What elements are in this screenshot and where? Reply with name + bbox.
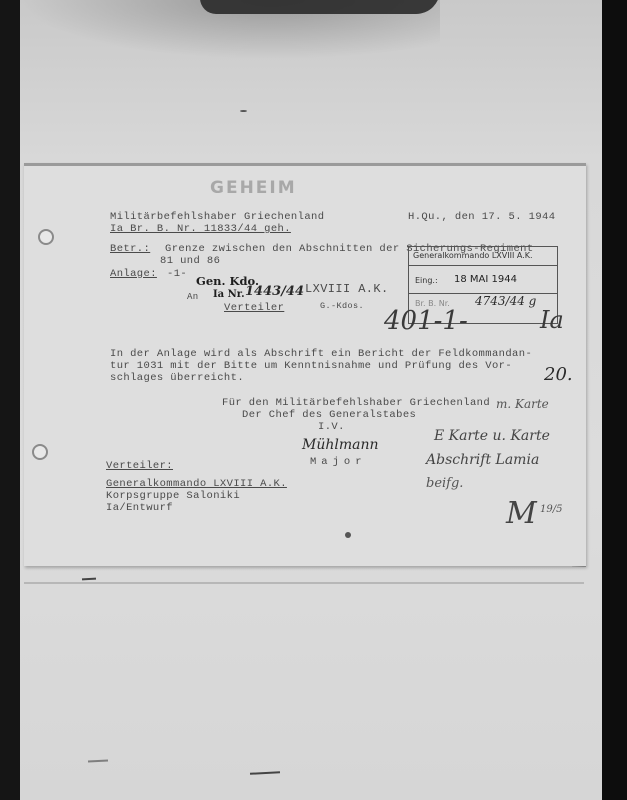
signature-line2: Der Chef des Generalstabes <box>242 409 416 421</box>
punch-hole-icon <box>38 229 54 245</box>
signature-line1: Für den Militärbefehlshaber Griechenland <box>222 397 490 409</box>
subject-line2: 81 und 86 <box>160 255 220 267</box>
ia-nr-label: Ia Nr. <box>213 289 245 300</box>
distribution-item: Ia/Entwurf <box>106 502 173 514</box>
sender-line1: Militärbefehlshaber Griechenland <box>110 211 324 223</box>
punch-hole-icon <box>32 444 48 460</box>
handwritten-note-top: m. Karte <box>496 397 549 411</box>
body-line1: In der Anlage wird als Abschrift ein Ber… <box>110 348 532 360</box>
signature-line3: I.V. <box>318 421 345 433</box>
attachment-label: Anlage: <box>110 268 157 280</box>
handwritten-date: 19/5 <box>540 504 562 515</box>
corps-stamp: LXVIII A.K. <box>305 283 389 295</box>
receipt-number-value: 4743/44 g <box>475 294 536 308</box>
film-border-right <box>602 0 627 800</box>
handwritten-note-line1: E Karte u. Karte <box>434 428 550 444</box>
ink-speck <box>240 110 247 112</box>
an-label: An <box>187 291 199 303</box>
handwritten-margin-number: 20. <box>544 364 573 385</box>
film-border-left <box>0 0 20 800</box>
receipt-received-date: 18 MAI 1944 <box>454 274 517 285</box>
receipt-header: Generalkommando LXVIII A.K. <box>413 251 533 260</box>
body-line3: schlages überreicht. <box>110 372 244 384</box>
distribution-item: Generalkommando LXVIII A.K. <box>106 478 287 490</box>
fold-line <box>24 582 584 584</box>
distribution-label: Verteiler: <box>106 460 173 472</box>
handwritten-initial: M <box>506 496 537 531</box>
place-date: H.Qu., den 17. 5. 1944 <box>408 211 555 223</box>
ink-speck <box>345 532 351 538</box>
handwritten-ia: Ia <box>540 306 564 334</box>
receipt-received-label: Eing.: <box>415 276 438 285</box>
attachment-value: -1- <box>167 268 187 280</box>
handwritten-file-ref: 401-1- <box>384 306 468 336</box>
verteiler-stamp: Verteiler <box>224 302 284 314</box>
signature-rank: Major <box>310 456 367 468</box>
distribution-item: Korpsgruppe Saloniki <box>106 490 240 502</box>
top-dark-object <box>200 0 440 14</box>
handwritten-note-line2: Abschrift Lamia <box>426 452 539 468</box>
handwritten-note-line3: beifg. <box>426 476 463 491</box>
gkdos-stamp: G.-Kdos. <box>320 300 364 312</box>
sender-reference: Ia Br. B. Nr. 11833/44 geh. <box>110 223 291 235</box>
body-line2: tur 1031 mit der Bitte um Kenntnisnahme … <box>110 360 512 372</box>
signature: Mühlmann <box>302 437 379 453</box>
subject-label: Betr.: <box>110 243 150 255</box>
ia-nr-value: 1443/44 <box>245 284 304 299</box>
classification-stamp: GEHEIM <box>210 178 297 198</box>
